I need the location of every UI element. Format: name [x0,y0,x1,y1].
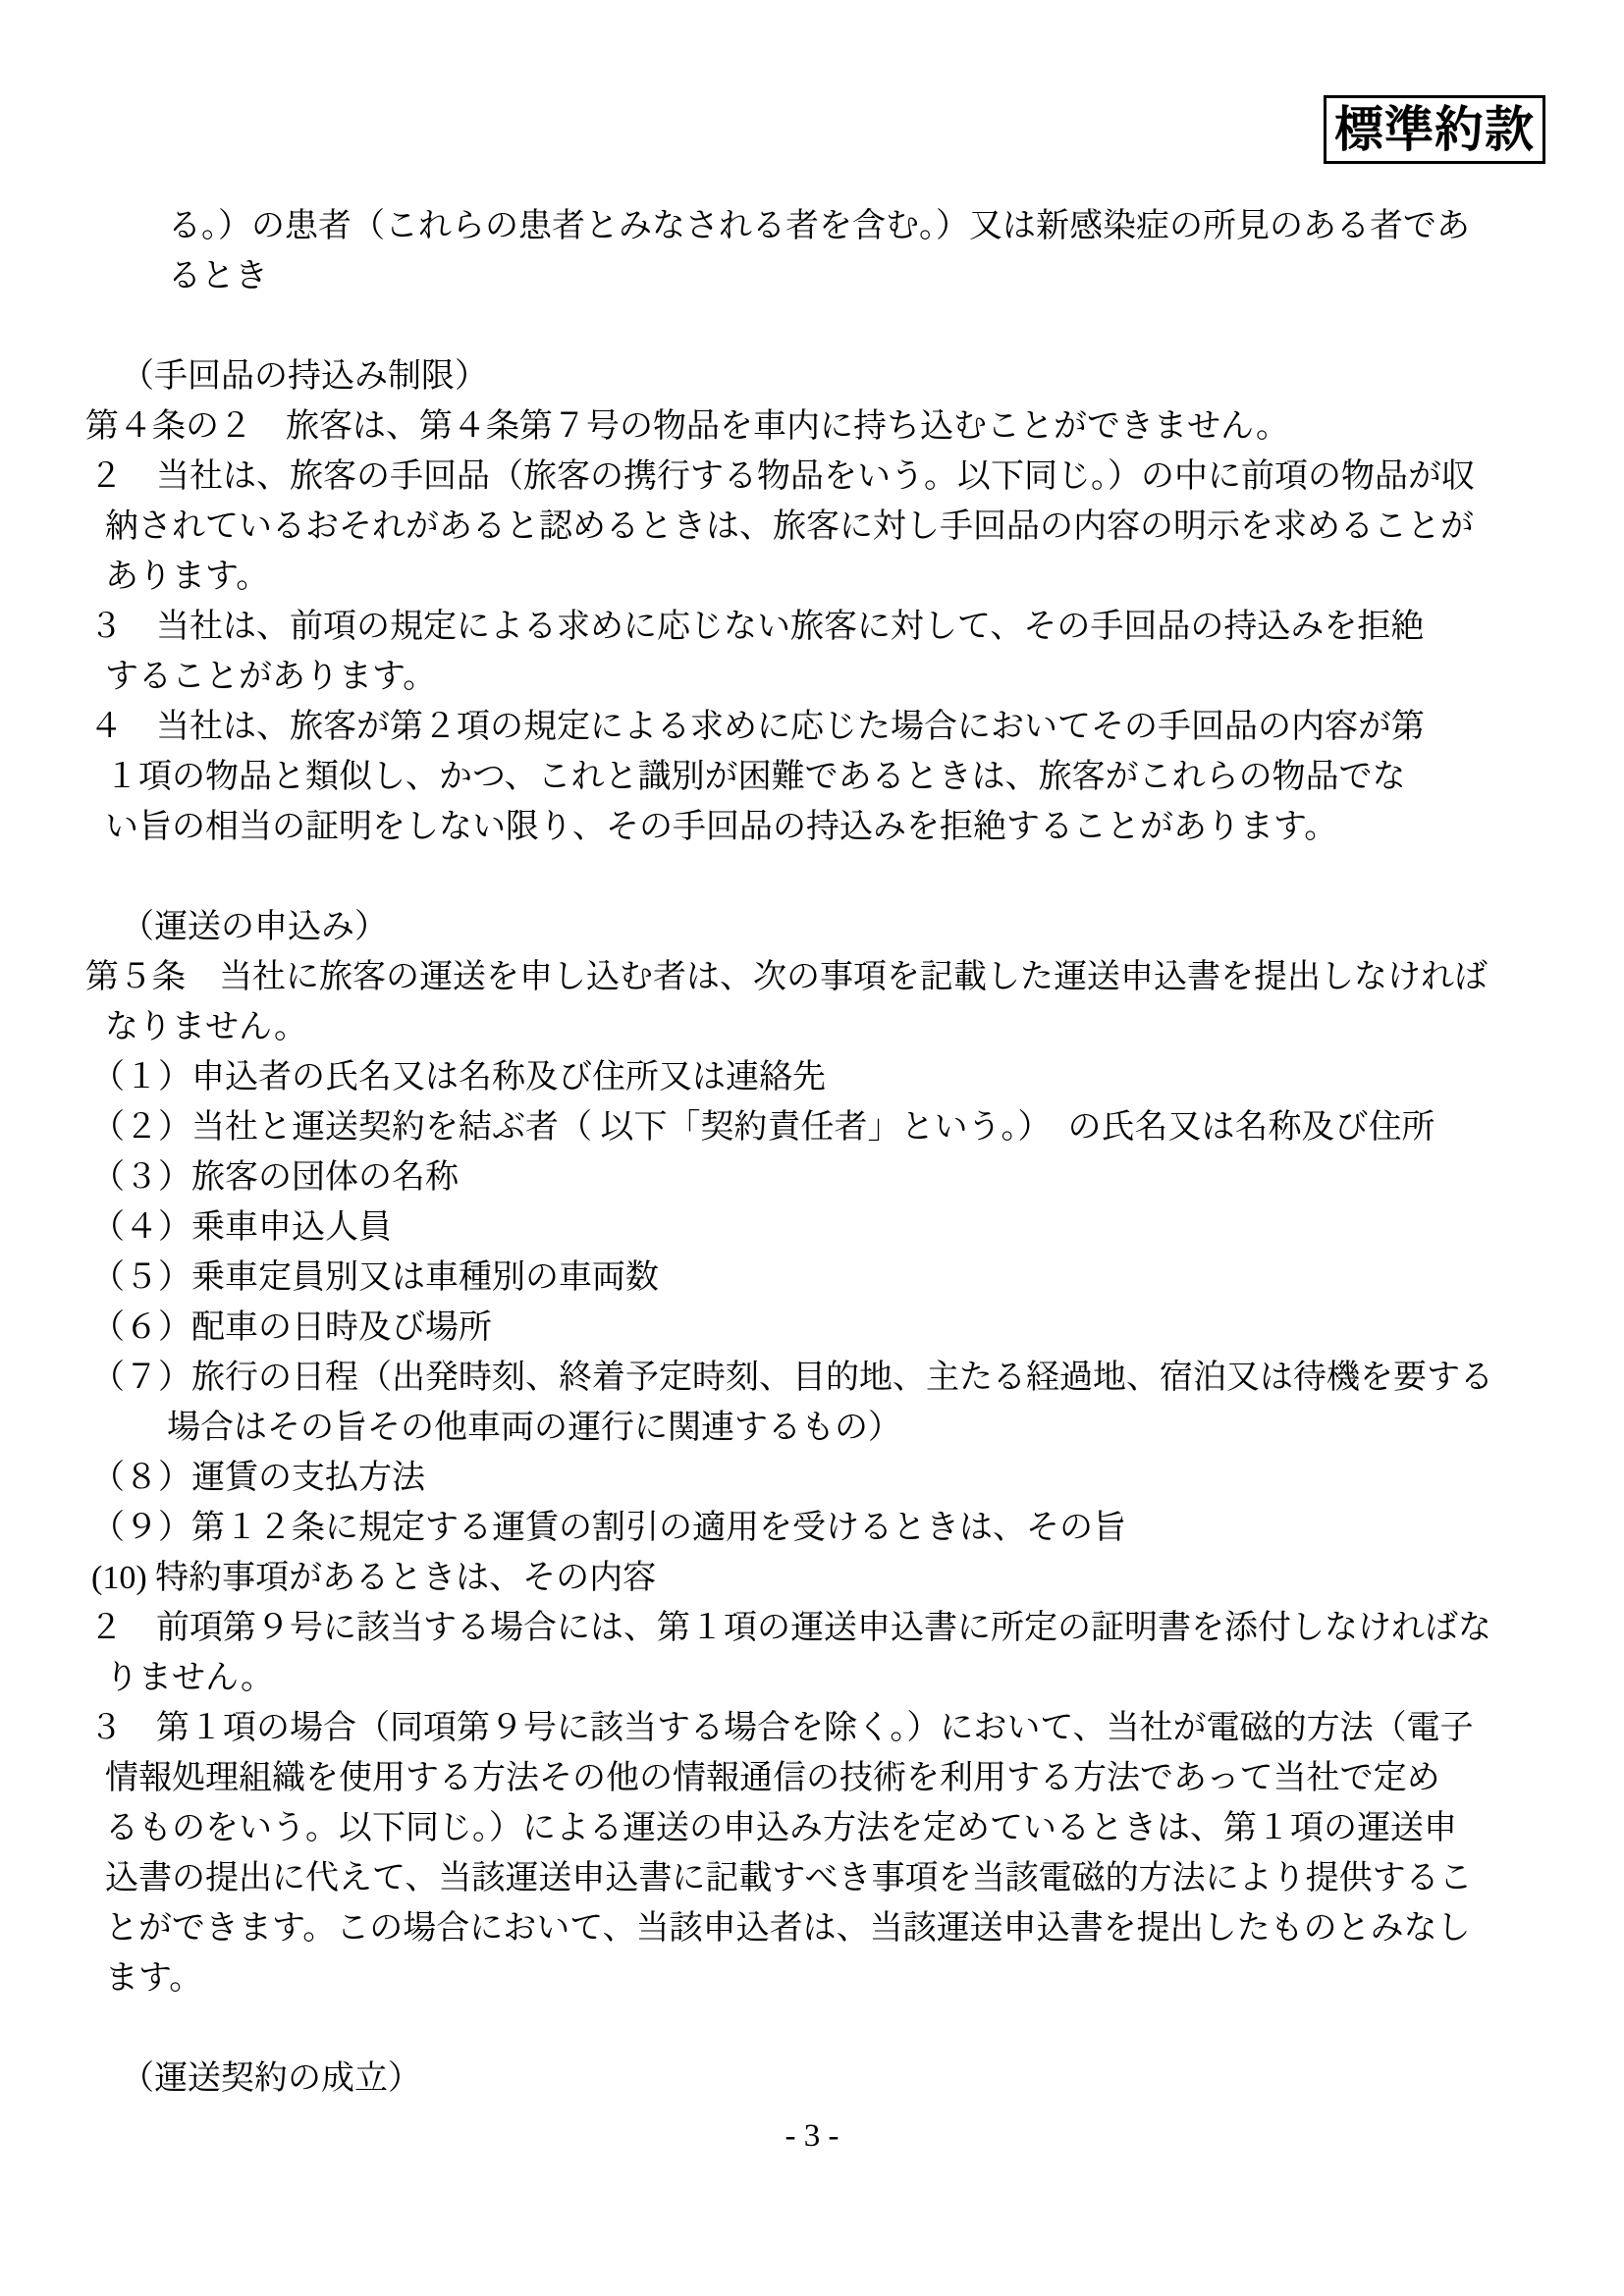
list-item-line: (10) 特約事項があるときは、その内容 [83,1553,1570,1603]
article-line: 第５条 当社に旅客の運送を申し込む者は、次の事項を記載した運送申込書を提出しなけ… [83,952,1570,1002]
continuation-line: とができます。この場合において、当該申込者は、当該運送申込書を提出したものとみな… [83,1903,1570,1953]
list-item-line: （２）当社と運送契約を結ぶ者（ 以下「契約責任者」という。） の氏名又は名称及び… [83,1102,1570,1152]
continuation-line: 納されているおそれがあると認めるときは、旅客に対し手回品の内容の明示を求めること… [83,502,1570,552]
document-page: 標準約款 る。）の患者（これらの患者とみなされる者を含む。）又は新感染症の所見の… [0,0,1624,2296]
list-item-line: （６）配車の日時及び場所 [83,1303,1570,1353]
carryover-line: るとき [83,251,1570,301]
document-body: る。）の患者（これらの患者とみなされる者を含む。）又は新感染症の所見のある者であ… [83,201,1570,2104]
continuation-line: い旨の相当の証明をしない限り、その手回品の持込みを拒絶することがあります。 [83,802,1570,852]
paragraph-line: ３ 第１項の場合（同項第９号に該当する場合を除く。）において、当社が電磁的方法（… [83,1703,1570,1753]
continuation-line: １項の物品と類似し、かつ、これと識別が困難であるときは、旅客がこれらの物品でな [83,752,1570,802]
paragraph-line: ４ 当社は、旅客が第２項の規定による求めに応じた場合においてその手回品の内容が第 [83,702,1570,752]
list-item-wrap-line: 場合はその旨その他車両の運行に関連するもの） [83,1403,1570,1453]
continuation-line: 込書の提出に代えて、当該運送申込書に記載すべき事項を当該電磁的方法により提供する… [83,1853,1570,1903]
paragraph-line: ２ 当社は、旅客の手回品（旅客の携行する物品をいう。以下同じ。）の中に前項の物品… [83,452,1570,502]
continuation-line: なりません。 [83,1002,1570,1052]
paragraph-line: ２ 前項第９号に該当する場合には、第１項の運送申込書に所定の証明書を添付しなけれ… [83,1603,1570,1653]
section-heading: （手回品の持込み制限） [83,351,1570,401]
page-number: - 3 - [0,2116,1624,2156]
list-item-line: （５）乗車定員別又は車種別の車両数 [83,1253,1570,1303]
continuation-line: りません。 [83,1653,1570,1703]
blank-line [83,852,1570,902]
continuation-line: ます。 [83,1953,1570,2003]
list-item-line: （８）運賃の支払方法 [83,1453,1570,1503]
carryover-line: る。）の患者（これらの患者とみなされる者を含む。）又は新感染症の所見のある者であ [83,201,1570,251]
list-item-line: （３）旅客の団体の名称 [83,1152,1570,1202]
paragraph-line: ３ 当社は、前項の規定による求めに応じない旅客に対して、その手回品の持込みを拒絶 [83,602,1570,652]
list-item-line: （１）申込者の氏名又は名称及び住所又は連絡先 [83,1052,1570,1102]
article-line: 第４条の２ 旅客は、第４条第７号の物品を車内に持ち込むことができません。 [83,401,1570,452]
document-type-badge: 標準約款 [1324,95,1545,164]
section-heading: （運送契約の成立） [83,2054,1570,2104]
list-item-line: （７）旅行の日程（出発時刻、終着予定時刻、目的地、主たる経過地、宿泊又は待機を要… [83,1353,1570,1403]
continuation-line: することがあります。 [83,652,1570,702]
continuation-line: るものをいう。以下同じ。）による運送の申込み方法を定めているときは、第１項の運送… [83,1803,1570,1853]
continuation-line: あります。 [83,552,1570,602]
list-item-line: （９）第１２条に規定する運賃の割引の適用を受けるときは、その旨 [83,1503,1570,1553]
section-heading: （運送の申込み） [83,902,1570,952]
list-item-line: （４）乗車申込人員 [83,1202,1570,1253]
blank-line [83,2003,1570,2054]
blank-line [83,301,1570,351]
continuation-line: 情報処理組織を使用する方法その他の情報通信の技術を利用する方法であって当社で定め [83,1753,1570,1803]
